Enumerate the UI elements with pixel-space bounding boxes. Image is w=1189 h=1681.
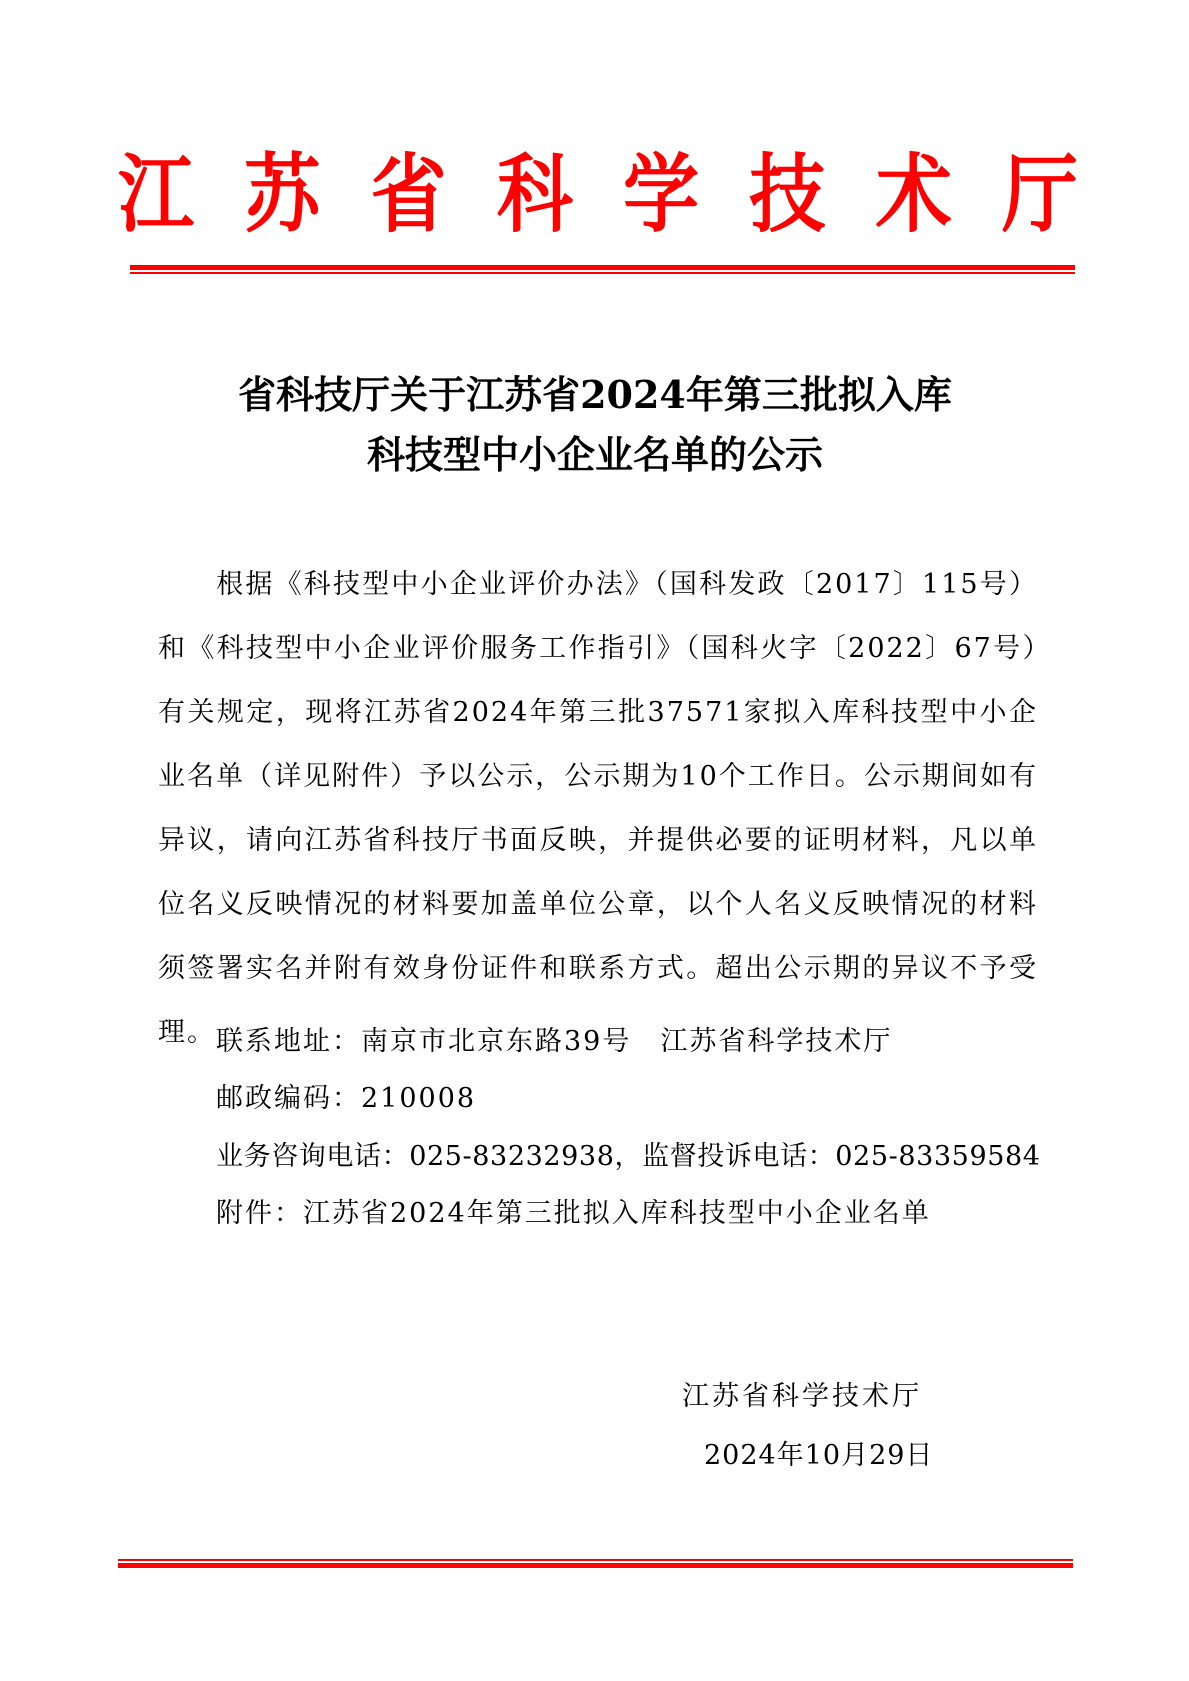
- body-paragraph: 根据《科技型中小企业评价办法》（国科发政〔2017〕115号）和《科技型中小企业…: [158, 553, 1038, 1065]
- header-divider: [130, 265, 1075, 274]
- attachment-line: 附件：江苏省2024年第三批拟入库科技型中小企业名单: [216, 1200, 931, 1227]
- contact-address: 联系地址：南京市北京东路39号 江苏省科学技术厅: [216, 1028, 892, 1055]
- postal-code: 邮政编码：210008: [216, 1085, 476, 1112]
- document-title-line-1: 省科技厅关于江苏省2024年第三批拟入库: [100, 376, 1090, 414]
- masthead-char: 技: [749, 152, 825, 237]
- signature-date: 2024年10月29日: [704, 1442, 933, 1469]
- phone-numbers: 业务咨询电话：025-83232938，监督投诉电话：025-83359584: [216, 1143, 1041, 1170]
- masthead: 江 苏 省 科 学 技 术 厅: [118, 150, 1078, 240]
- document-title-line-2: 科技型中小企业名单的公示: [100, 436, 1090, 474]
- masthead-char: 科: [497, 152, 573, 237]
- footer-divider: [118, 1559, 1073, 1568]
- masthead-char: 省: [371, 152, 447, 237]
- masthead-char: 江: [118, 152, 194, 237]
- divider-thin-line: [130, 272, 1075, 274]
- signature-org: 江苏省科学技术厅: [682, 1383, 922, 1410]
- divider-thick-line: [118, 1563, 1073, 1568]
- masthead-char: 学: [623, 152, 699, 237]
- body-text: 根据《科技型中小企业评价办法》（国科发政〔2017〕115号）和《科技型中小企业…: [158, 569, 1038, 1048]
- masthead-char: 术: [876, 152, 952, 237]
- masthead-char: 厅: [1002, 152, 1078, 237]
- masthead-char: 苏: [244, 152, 320, 237]
